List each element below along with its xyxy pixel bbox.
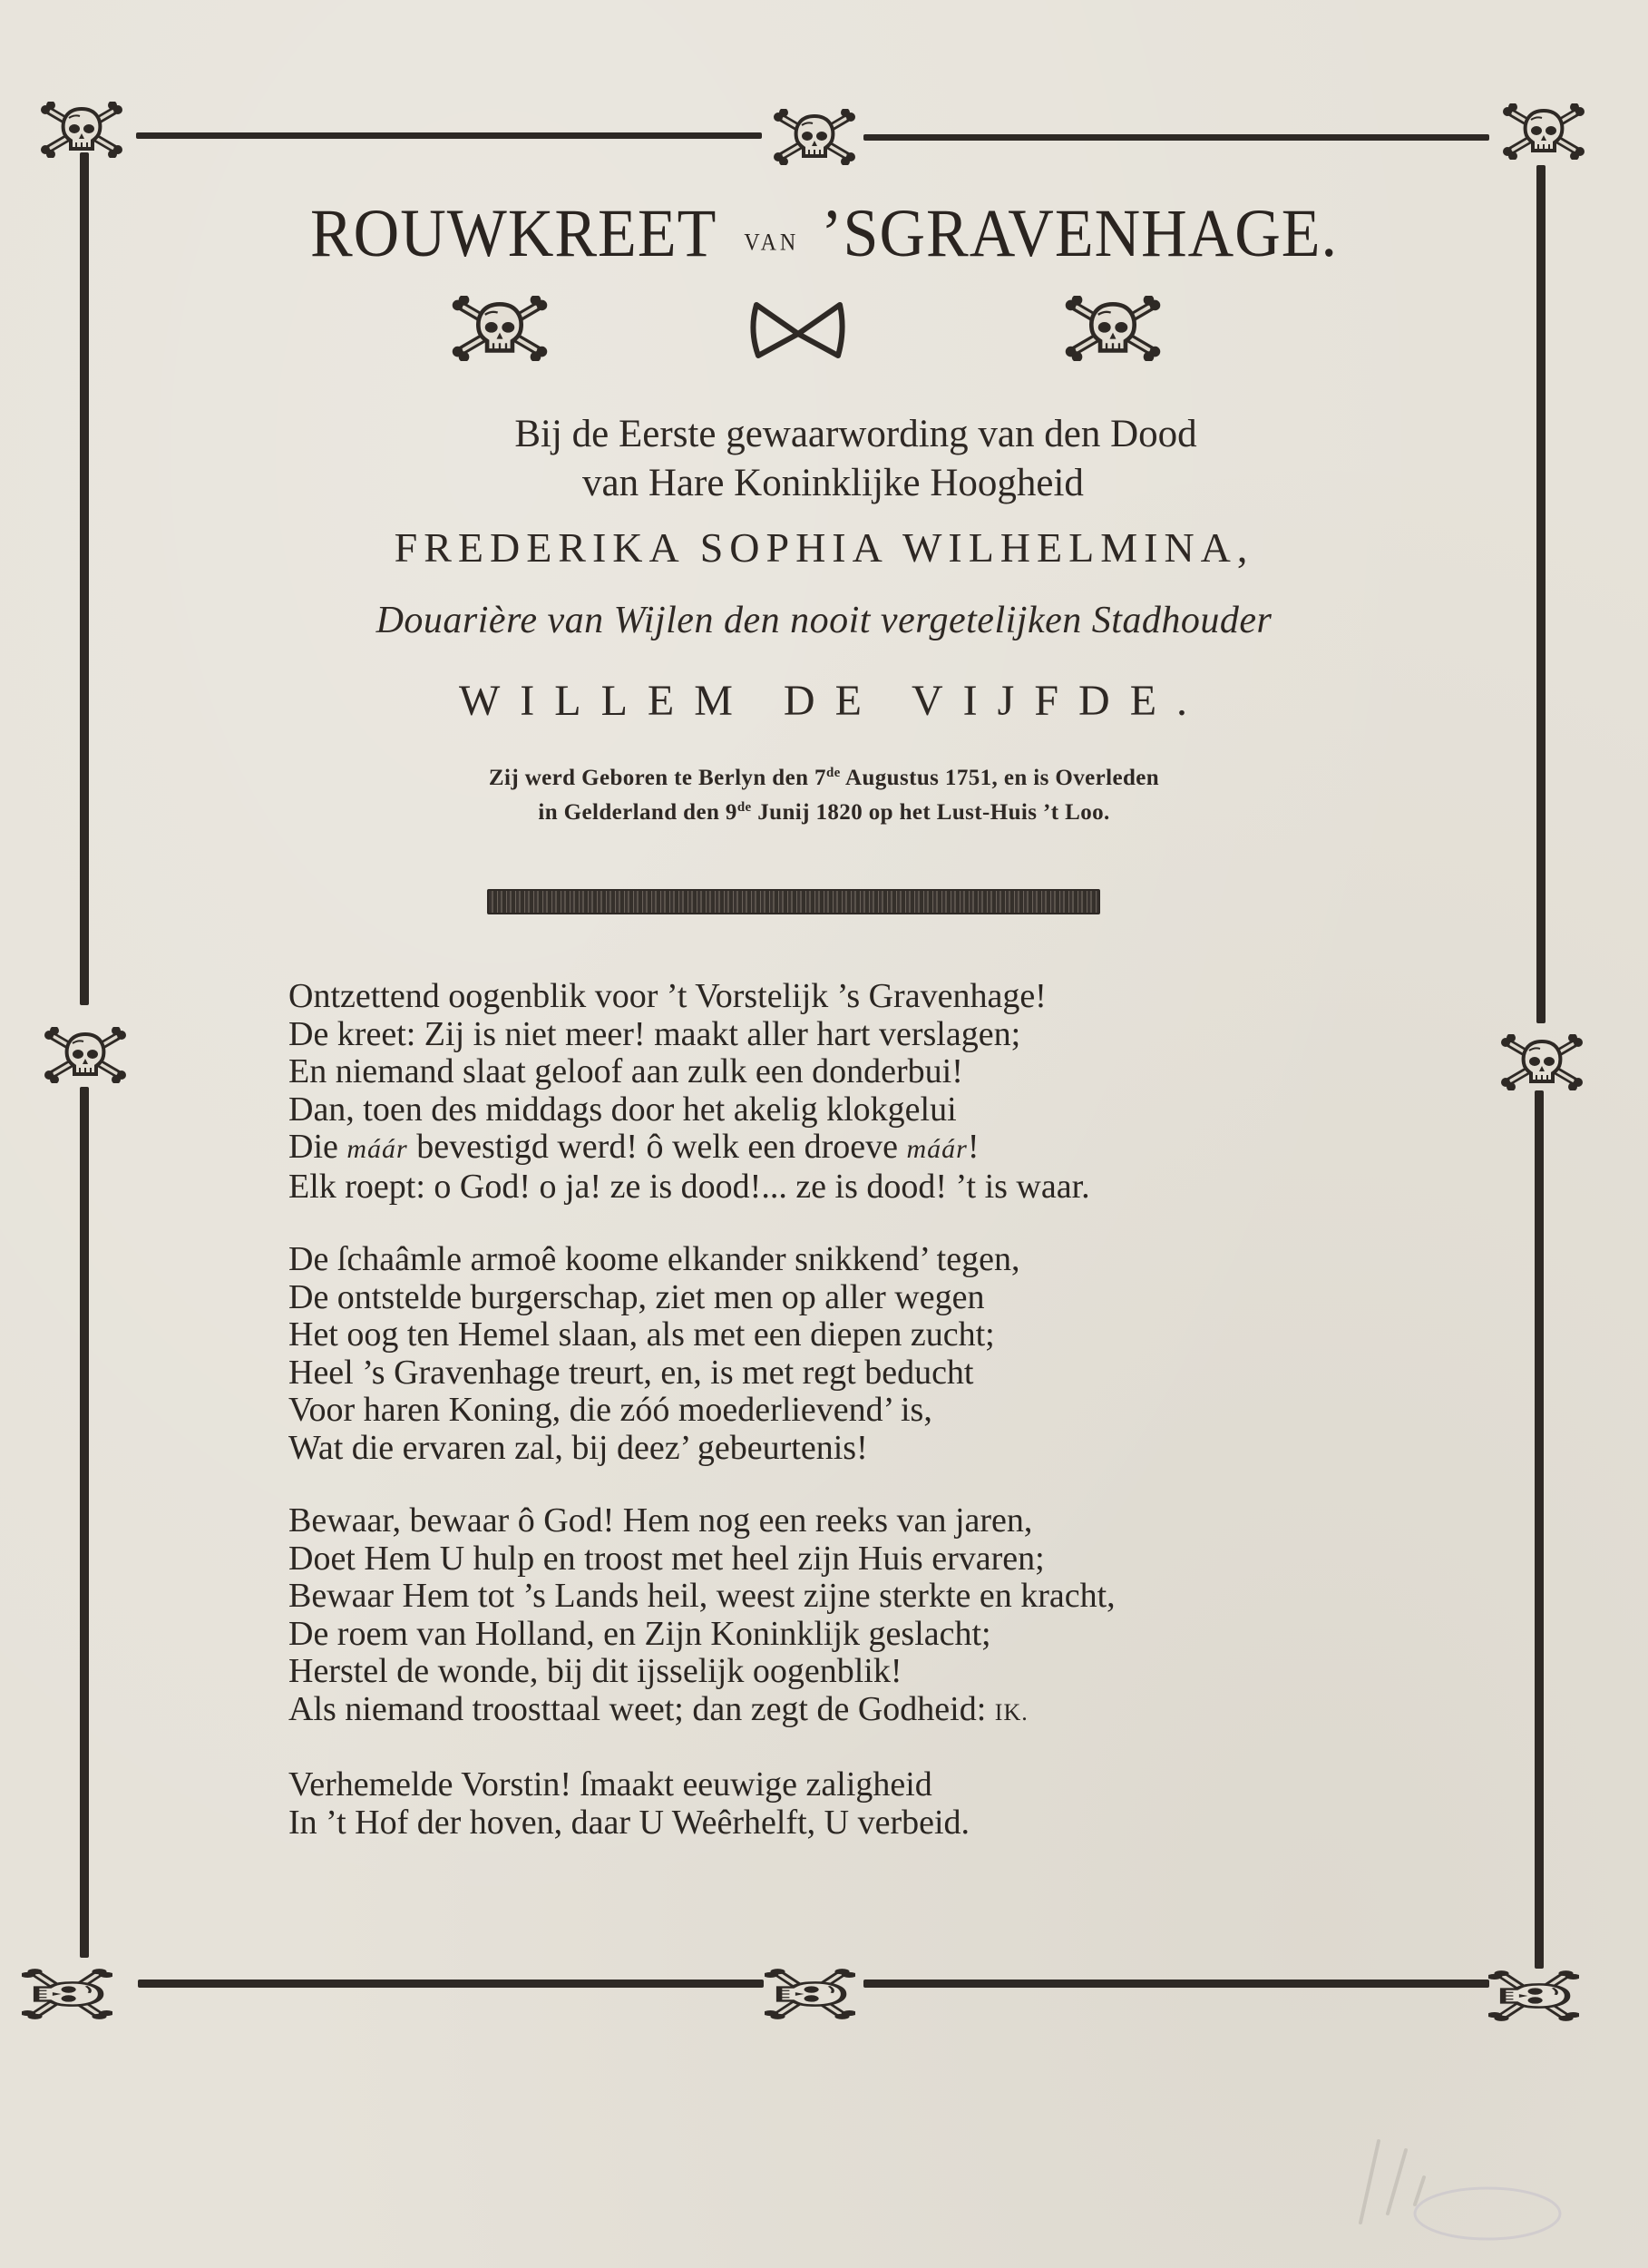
border-right-lower-rule: [1535, 1090, 1544, 1969]
poem-line: Bewaar, bewaar ô God! Hem nog een reeks …: [288, 1502, 1116, 1540]
subtitle: Bij de Eerste gewaarwording van den Dood…: [0, 410, 1648, 508]
poem-line: Het oog ten Hemel slaan, als met een die…: [288, 1316, 1116, 1354]
border-bottom-left-rule: [138, 1980, 764, 1988]
line-text: Die: [288, 1128, 346, 1166]
poem-line: Bewaar Hem tot ’s Lands heil, weest zijn…: [288, 1578, 1116, 1616]
subtitle-line-2: van Hare Koninklijke Hoogheid: [0, 459, 1648, 508]
skull-and-crossbones-icon: [769, 109, 860, 165]
poem-line: En niemand slaat geloof aan zulk een don…: [288, 1053, 1116, 1091]
dowager-line: Douarière van Wijlen den nooit vergeteli…: [0, 599, 1648, 642]
title-part-1: ROUWKREET: [310, 196, 717, 271]
dates-block: Zij werd Geboren te Berlyn den 7de Augus…: [0, 758, 1648, 827]
skull-and-crossbones-icon: [782, 1949, 838, 2039]
poem-line: Dan, toen des middags door het akelig kl…: [288, 1091, 1116, 1129]
skull-and-crossbones-icon: [36, 102, 127, 158]
deceased-name: FREDERIKA SOPHIA WILHELMINA,: [0, 523, 1648, 572]
border-bottom-right-rule: [863, 1980, 1489, 1988]
ornament-row: [0, 292, 1648, 365]
poem: Ontzettend oogenblik voor ’t Vorstelijk …: [288, 978, 1116, 1877]
death-line: in Gelderland den 9de Junij 1820 op het …: [0, 793, 1648, 827]
line-text: bevestigd werd! ô welk een droeve: [408, 1128, 907, 1166]
skull-and-crossbones-icon: [1058, 296, 1168, 361]
border-left-upper-rule: [80, 152, 89, 1005]
poem-line: De ontstelde burgerschap, ziet men op al…: [288, 1279, 1116, 1317]
faint-pencil-mark: [1342, 2114, 1578, 2241]
poem-line: De ſchaâmle armoê koome elkander snikken…: [288, 1241, 1116, 1279]
poem-line: Doet Hem U hulp en troost met heel zijn …: [288, 1540, 1116, 1579]
subtitle-line-1: Bij de Eerste gewaarwording van den Dood: [0, 410, 1648, 459]
skull-and-crossbones-icon: [40, 1027, 131, 1083]
small-caps-word: IK.: [995, 1699, 1029, 1725]
birth-text-end: Augustus 1751, en is Overleden: [841, 766, 1159, 790]
poem-line: Wat die ervaren zal, bij deez’ gebeurten…: [288, 1430, 1116, 1468]
skull-and-crossbones-icon: [1497, 1034, 1587, 1090]
stanza-4: Verhemelde Vorstin! ſmaakt eeuwige zalig…: [288, 1766, 1116, 1842]
stanza-1: Ontzettend oogenblik voor ’t Vorstelijk …: [288, 978, 1116, 1206]
poem-line: Heel ’s Gravenhage treurt, en, is met re…: [288, 1354, 1116, 1393]
poem-line: Herstel de wonde, bij dit ijsselijk ooge…: [288, 1653, 1116, 1691]
husband-name: WILLEM DE VIJFDE.: [0, 676, 1648, 726]
border-left-lower-rule: [80, 1087, 89, 1958]
birth-line: Zij werd Geboren te Berlyn den 7de Augus…: [0, 758, 1648, 793]
line-text: Als niemand troosttaal weet; dan zegt de…: [288, 1690, 995, 1728]
border-top-right-rule: [863, 134, 1489, 141]
stanza-3: Bewaar, bewaar ô God! Hem nog een reeks …: [288, 1502, 1116, 1731]
death-text-end: Junij 1820 op het Lust-Huis ’t Loo.: [752, 800, 1110, 825]
skull-and-crossbones-icon: [1498, 103, 1589, 160]
poem-line: Die máár bevestigd werd! ô welk een droe…: [288, 1129, 1116, 1168]
death-ordinal: de: [737, 800, 752, 815]
birth-ordinal: de: [826, 766, 841, 780]
poem-line: In ’t Hof der hoven, daar U Weêrhelft, U…: [288, 1804, 1116, 1843]
italic-word: máár: [346, 1134, 407, 1164]
border-top-left-rule: [136, 132, 762, 139]
skull-and-crossbones-icon: [444, 296, 555, 361]
skull-and-crossbones-icon: [39, 1949, 95, 2039]
poem-line: Voor haren Koning, die zóó moederlievend…: [288, 1392, 1116, 1430]
poem-line: Verhemelde Vorstin! ſmaakt eeuwige zalig…: [288, 1766, 1116, 1804]
death-text: in Gelderland den 9: [538, 800, 736, 825]
birth-text: Zij werd Geboren te Berlyn den 7: [489, 766, 826, 790]
title-connector: VAN: [744, 230, 799, 256]
title-part-2: ’SGRAVENHAGE.: [821, 196, 1338, 271]
stanza-2: De ſchaâmle armoê koome elkander snikken…: [288, 1241, 1116, 1467]
skull-and-crossbones-icon: [1506, 1950, 1562, 2041]
hourglass-icon: [744, 298, 853, 363]
poem-line: Ontzettend oogenblik voor ’t Vorstelijk …: [288, 978, 1116, 1016]
italic-word: máár: [906, 1134, 967, 1164]
poem-line: De kreet: Zij is niet meer! maakt aller …: [288, 1016, 1116, 1054]
poem-line: De roem van Holland, en Zijn Koninklijk …: [288, 1616, 1116, 1654]
poem-line: Als niemand troosttaal weet; dan zegt de…: [288, 1691, 1116, 1732]
section-divider: [487, 889, 1100, 914]
line-text: !: [968, 1128, 980, 1166]
poem-line: Elk roept: o God! o ja! ze is dood!... z…: [288, 1168, 1116, 1207]
document-title: ROUWKREETVAN’SGRAVENHAGE.: [0, 195, 1648, 273]
